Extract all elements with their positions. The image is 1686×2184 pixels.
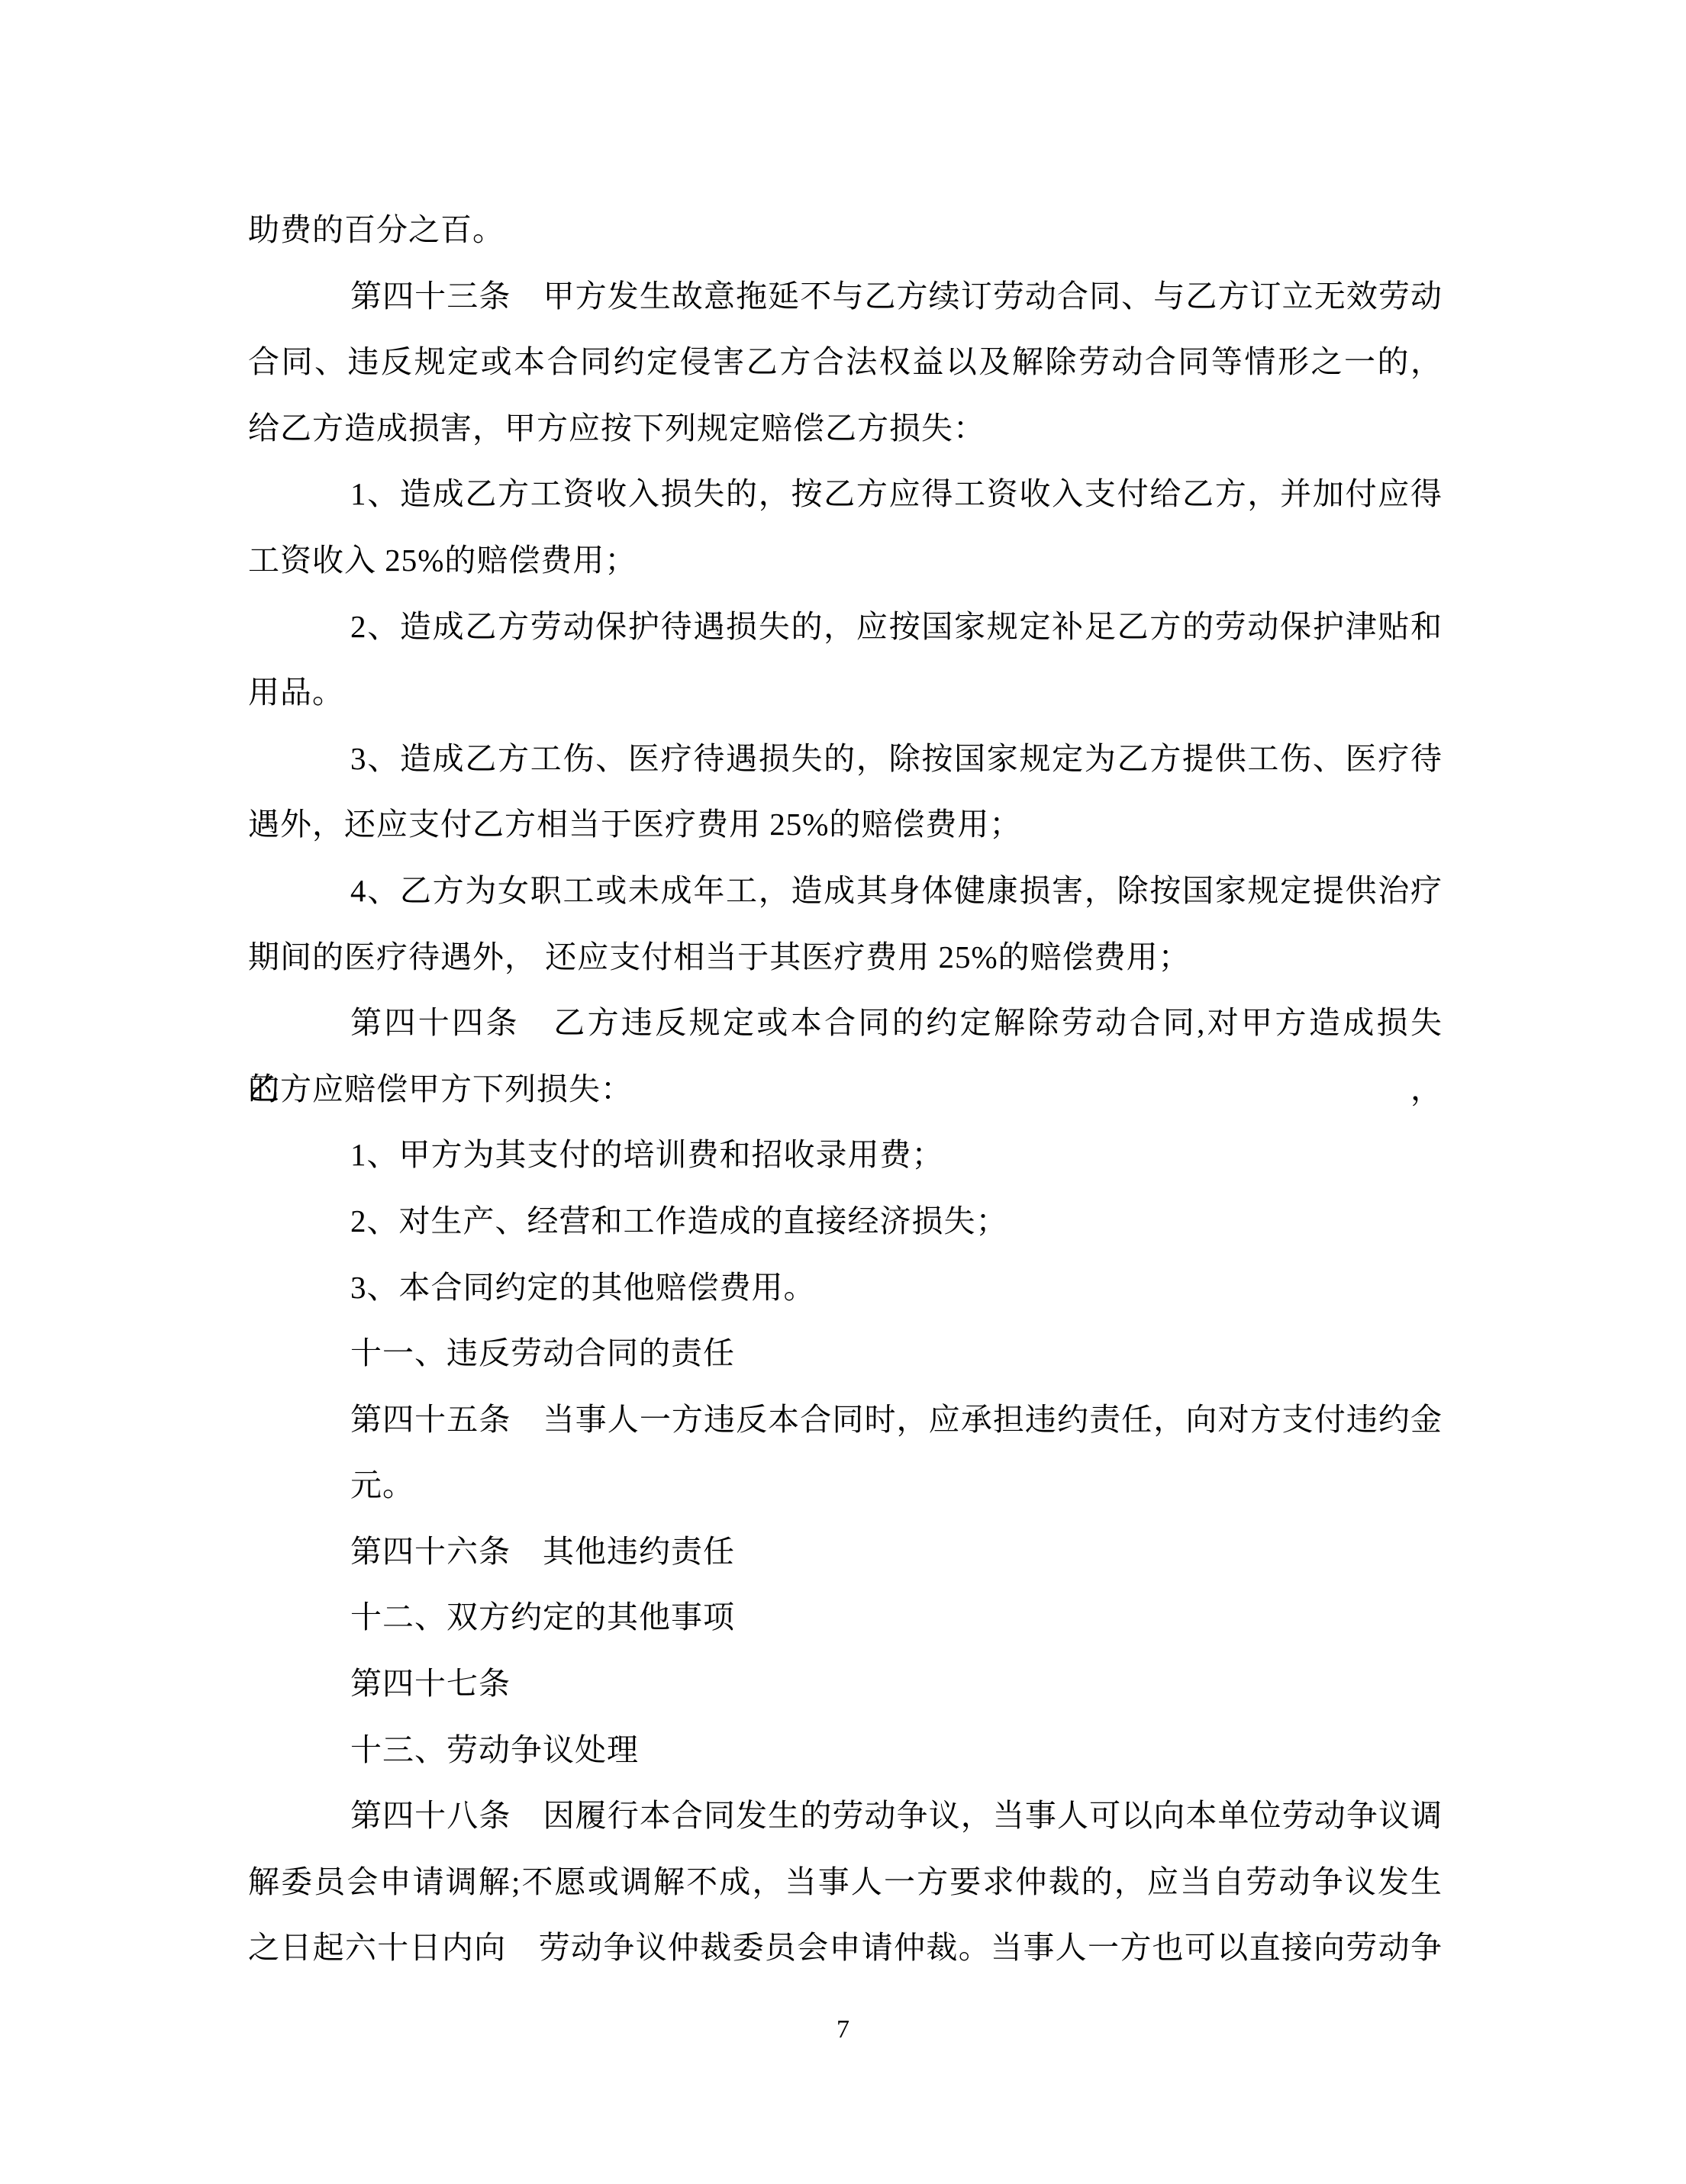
contract-line: 工资收入 25%的赔偿费用；: [248, 527, 1443, 594]
contract-line: 第四十八条 因履行本合同发生的劳动争议，当事人可以向本单位劳动争议调: [248, 1783, 1443, 1849]
page-number: 7: [0, 2007, 1686, 2053]
contract-line: 2、造成乙方劳动保护待遇损失的，应按国家规定补足乙方的劳动保护津贴和: [248, 594, 1443, 660]
contract-line: 2、对生产、经营和工作造成的直接经济损失；: [248, 1188, 1443, 1255]
contract-line: 第四十四条 乙方违反规定或本合同的约定解除劳动合同,对甲方造成损失的，: [248, 990, 1443, 1056]
contract-line: 期间的医疗待遇外， 还应支付相当于其医疗费用 25%的赔偿费用；: [248, 924, 1443, 991]
contract-line: 4、乙方为女职工或未成年工，造成其身体健康损害，除按国家规定提供治疗: [248, 858, 1443, 924]
contract-line: 第四十六条 其他违约责任: [248, 1519, 1443, 1585]
contract-line: 解委员会申请调解;不愿或调解不成，当事人一方要求仲裁的，应当自劳动争议发生: [248, 1849, 1443, 1915]
contract-line: 元。: [248, 1452, 1443, 1519]
contract-line: 给乙方造成损害，甲方应按下列规定赔偿乙方损失：: [248, 395, 1443, 462]
contract-line: 之日起六十日内向 劳动争议仲裁委员会申请仲裁。当事人一方也可以直接向劳动争: [248, 1915, 1443, 1981]
contract-line: 十二、双方约定的其他事项: [248, 1584, 1443, 1651]
contract-line: 用品。: [248, 659, 1443, 726]
contract-line: 1、甲方为其支付的培训费和招收录用费；: [248, 1122, 1443, 1188]
contract-line: 1、造成乙方工资收入损失的，按乙方应得工资收入支付给乙方，并加付应得: [248, 461, 1443, 527]
contract-line: 第四十三条 甲方发生故意拖延不与乙方续订劳动合同、与乙方订立无效劳动: [248, 263, 1443, 330]
contract-line: 十一、违反劳动合同的责任: [248, 1320, 1443, 1387]
contract-line: 3、本合同约定的其他赔偿费用。: [248, 1255, 1443, 1321]
contract-document-page: 助费的百分之百。第四十三条 甲方发生故意拖延不与乙方续订劳动合同、与乙方订立无效…: [0, 0, 1686, 2184]
contract-line: 第四十五条 当事人一方违反本合同时，应承担违约责任，向对方支付违约金: [248, 1387, 1443, 1453]
document-body: 助费的百分之百。第四十三条 甲方发生故意拖延不与乙方续订劳动合同、与乙方订立无效…: [248, 197, 1443, 1981]
contract-line: 第四十七条: [248, 1651, 1443, 1717]
contract-line: 合同、违反规定或本合同约定侵害乙方合法权益以及解除劳动合同等情形之一的，: [248, 329, 1443, 395]
contract-line: 3、造成乙方工伤、医疗待遇损失的，除按国家规定为乙方提供工伤、医疗待: [248, 726, 1443, 792]
contract-line: 十三、劳动争议处理: [248, 1717, 1443, 1783]
contract-line: 助费的百分之百。: [248, 197, 1443, 263]
contract-line: 遇外，还应支付乙方相当于医疗费用 25%的赔偿费用；: [248, 791, 1443, 858]
